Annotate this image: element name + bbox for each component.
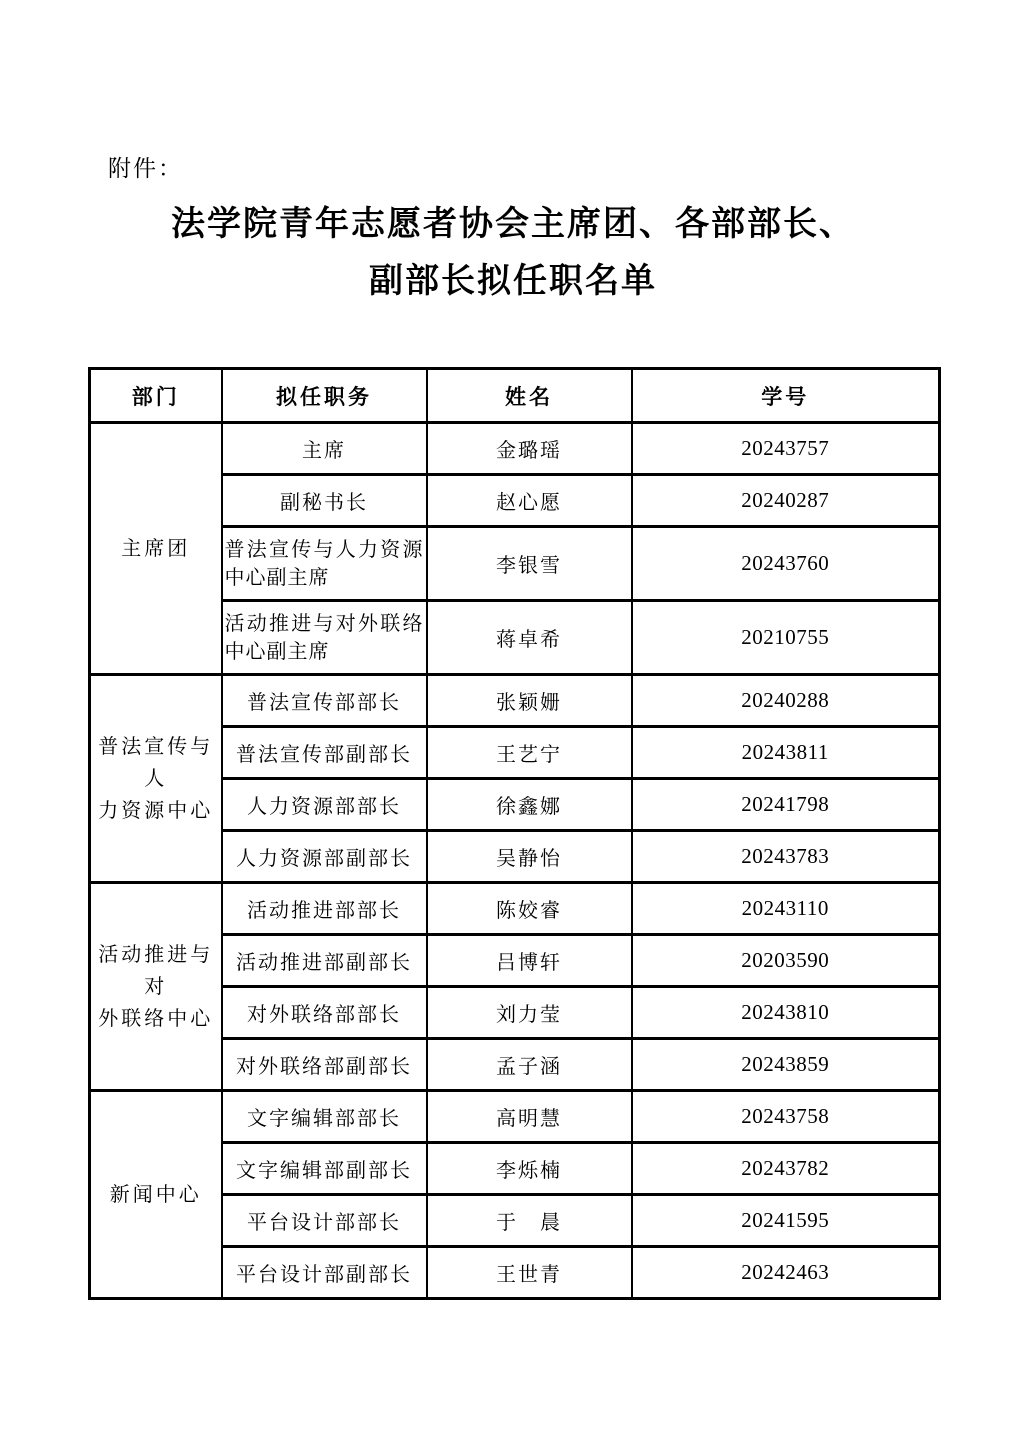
document-title-line2: 副部长拟任职名单 — [88, 253, 938, 310]
name-cell: 孟子涵 — [427, 1039, 632, 1091]
department-cell: 新闻中心 — [90, 1091, 222, 1299]
student-id-cell: 20243810 — [632, 987, 940, 1039]
position-cell: 对外联络部副部长 — [222, 1039, 427, 1091]
student-id-cell: 20203590 — [632, 935, 940, 987]
position-cell: 普法宣传部副部长 — [222, 727, 427, 779]
student-id-cell: 20240288 — [632, 675, 940, 727]
document-title: 法学院青年志愿者协会主席团、各部部长、 副部长拟任职名单 — [88, 196, 938, 310]
student-id-cell: 20240287 — [632, 475, 940, 527]
column-header: 学号 — [632, 369, 940, 423]
name-cell: 蒋卓希 — [427, 601, 632, 675]
name-cell: 吕博轩 — [427, 935, 632, 987]
name-cell: 徐鑫娜 — [427, 779, 632, 831]
position-cell: 活动推进部部长 — [222, 883, 427, 935]
position-cell: 主席 — [222, 423, 427, 475]
table-row: 主席团主席金璐瑶20243757 — [90, 423, 940, 475]
name-cell: 王艺宁 — [427, 727, 632, 779]
roster-header-row: 部门拟任职务姓名学号 — [90, 369, 940, 423]
name-cell: 吴静怡 — [427, 831, 632, 883]
document-page: 附件： 法学院青年志愿者协会主席团、各部部长、 副部长拟任职名单 部门拟任职务姓… — [0, 0, 1024, 1446]
student-id-cell: 20241798 — [632, 779, 940, 831]
student-id-cell: 20243110 — [632, 883, 940, 935]
name-cell: 赵心愿 — [427, 475, 632, 527]
department-cell: 活动推进与对 外联络中心 — [90, 883, 222, 1091]
department-cell: 主席团 — [90, 423, 222, 675]
position-cell: 活动推进部副部长 — [222, 935, 427, 987]
position-cell: 活动推进与对外联络中心副主席 — [222, 601, 427, 675]
student-id-cell: 20242463 — [632, 1247, 940, 1299]
attachment-label: 附件： — [108, 150, 183, 183]
position-cell: 文字编辑部副部长 — [222, 1143, 427, 1195]
column-header: 拟任职务 — [222, 369, 427, 423]
name-cell: 刘力莹 — [427, 987, 632, 1039]
name-cell: 于 晨 — [427, 1195, 632, 1247]
document-title-line1: 法学院青年志愿者协会主席团、各部部长、 — [88, 196, 938, 253]
position-cell: 文字编辑部部长 — [222, 1091, 427, 1143]
student-id-cell: 20210755 — [632, 601, 940, 675]
table-row: 新闻中心文字编辑部部长高明慧20243758 — [90, 1091, 940, 1143]
name-cell: 李烁楠 — [427, 1143, 632, 1195]
name-cell: 王世青 — [427, 1247, 632, 1299]
column-header: 部门 — [90, 369, 222, 423]
name-cell: 金璐瑶 — [427, 423, 632, 475]
name-cell: 陈姣睿 — [427, 883, 632, 935]
student-id-cell: 20241595 — [632, 1195, 940, 1247]
position-cell: 平台设计部副部长 — [222, 1247, 427, 1299]
student-id-cell: 20243783 — [632, 831, 940, 883]
student-id-cell: 20243859 — [632, 1039, 940, 1091]
table-row: 活动推进与对 外联络中心活动推进部部长陈姣睿20243110 — [90, 883, 940, 935]
student-id-cell: 20243760 — [632, 527, 940, 601]
student-id-cell: 20243782 — [632, 1143, 940, 1195]
roster-table: 部门拟任职务姓名学号 主席团主席金璐瑶20243757副秘书长赵心愿202402… — [88, 367, 941, 1300]
position-cell: 平台设计部部长 — [222, 1195, 427, 1247]
position-cell: 副秘书长 — [222, 475, 427, 527]
student-id-cell: 20243758 — [632, 1091, 940, 1143]
student-id-cell: 20243757 — [632, 423, 940, 475]
position-cell: 普法宣传部部长 — [222, 675, 427, 727]
table-row: 普法宣传与人 力资源中心普法宣传部部长张颖姗20240288 — [90, 675, 940, 727]
name-cell: 高明慧 — [427, 1091, 632, 1143]
department-cell: 普法宣传与人 力资源中心 — [90, 675, 222, 883]
position-cell: 对外联络部部长 — [222, 987, 427, 1039]
column-header: 姓名 — [427, 369, 632, 423]
roster-table-body: 主席团主席金璐瑶20243757副秘书长赵心愿20240287普法宣传与人力资源… — [90, 423, 940, 1299]
name-cell: 李银雪 — [427, 527, 632, 601]
position-cell: 普法宣传与人力资源中心副主席 — [222, 527, 427, 601]
name-cell: 张颖姗 — [427, 675, 632, 727]
position-cell: 人力资源部副部长 — [222, 831, 427, 883]
position-cell: 人力资源部部长 — [222, 779, 427, 831]
student-id-cell: 20243811 — [632, 727, 940, 779]
